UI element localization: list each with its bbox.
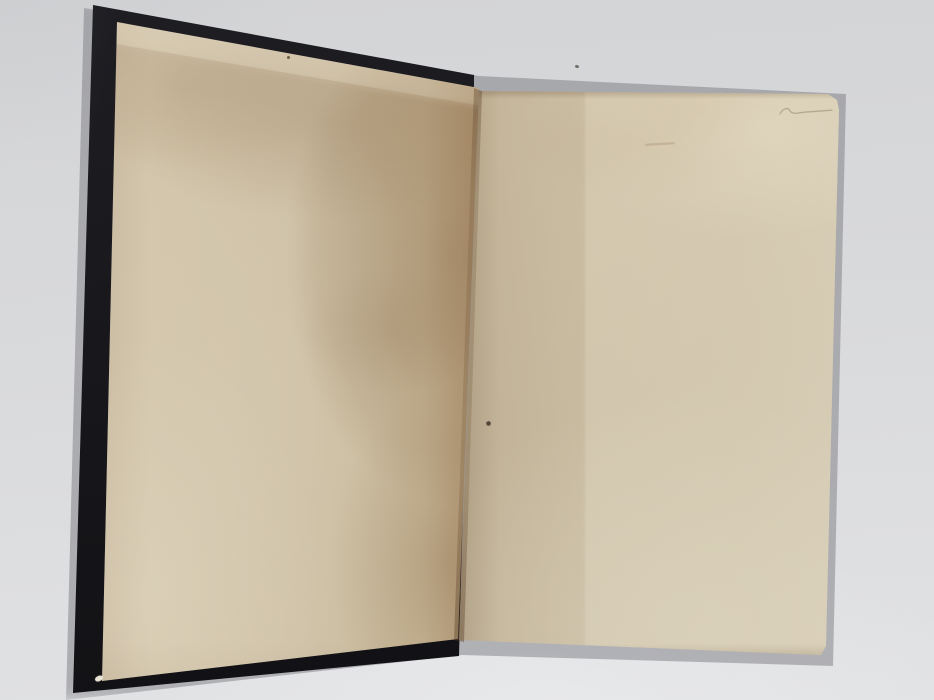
endpaper-speck [287,56,290,59]
photo-open-book [0,0,934,700]
pencil-squiggle-mark [778,104,838,118]
background-speck [575,64,580,68]
flyleaf-speck [486,421,491,426]
